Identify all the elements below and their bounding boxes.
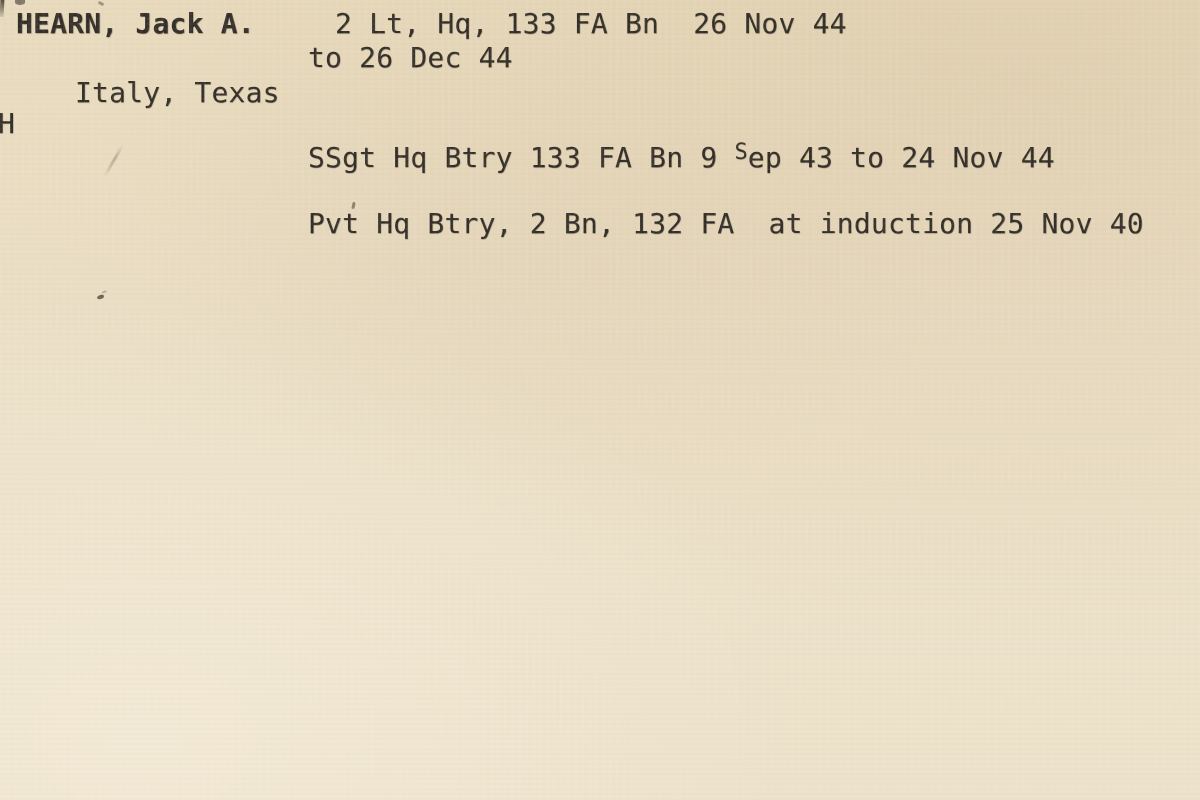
hometown: Italy, Texas: [75, 79, 280, 107]
service-history-line-1-prefix: SSgt Hq Btry 133 FA Bn 9: [308, 141, 734, 174]
scan-edge-artifact: [0, 0, 4, 17]
officer-assignment-line: 2 Lt, Hq, 133 FA Bn 26 Nov 44: [335, 10, 847, 38]
service-history-line-2: Pvt Hq Btry, 2 Bn, 132 FA at induction 2…: [308, 210, 1144, 238]
stray-tick-mark: [98, 1, 105, 6]
ink-blob-artifact: [15, 0, 25, 5]
margin-letter: H: [0, 110, 15, 138]
service-history-line-1-raised-letter: S: [734, 140, 747, 165]
ink-speck-mark: [97, 294, 105, 300]
service-history-line-1-suffix: ep 43 to 24 Nov 44: [748, 141, 1055, 174]
officer-assignment-continuation-line: to 26 Dec 44: [308, 44, 513, 72]
service-history-line-1: SSgt Hq Btry 133 FA Bn 9 Sep 43 to 24 No…: [308, 144, 1055, 175]
pencil-smudge-mark: [103, 144, 125, 178]
soldier-name: HEARN, Jack A.: [16, 10, 255, 38]
index-card: HEARN, Jack A. 2 Lt, Hq, 133 FA Bn 26 No…: [0, 0, 1200, 800]
